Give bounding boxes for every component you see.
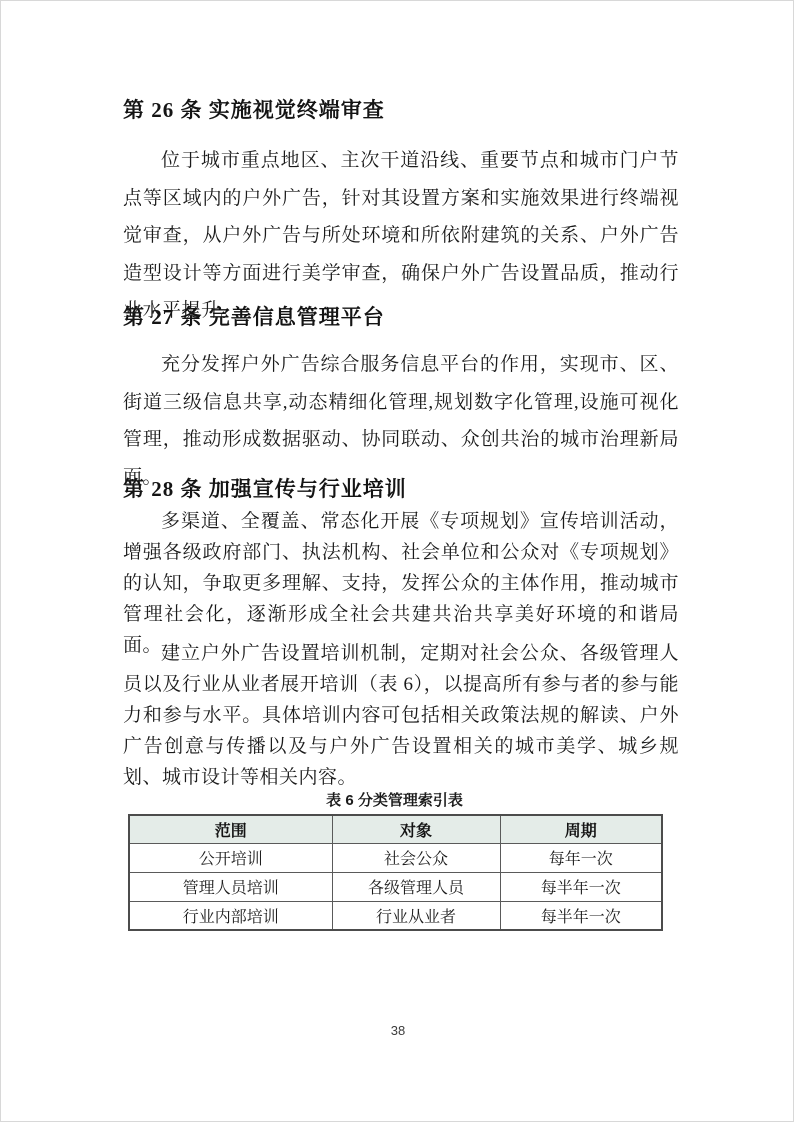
table-caption: 表 6 分类管理索引表 bbox=[128, 789, 661, 810]
table-row: 公开培训 社会公众 每年一次 bbox=[129, 843, 662, 872]
classification-index-table: 范围 对象 周期 公开培训 社会公众 每年一次 管理人员培训 各级管理人员 每半… bbox=[128, 814, 663, 931]
table-header-target: 对象 bbox=[332, 815, 500, 843]
table-cell-target: 社会公众 bbox=[332, 843, 500, 872]
table-cell-scope: 行业内部培训 bbox=[129, 901, 332, 930]
table-cell-scope: 公开培训 bbox=[129, 843, 332, 872]
table-row: 行业内部培训 行业从业者 每半年一次 bbox=[129, 901, 662, 930]
table-row: 管理人员培训 各级管理人员 每半年一次 bbox=[129, 872, 662, 901]
table-header-cycle: 周期 bbox=[500, 815, 662, 843]
heading-article-28: 第 28 条 加强宣传与行业培训 bbox=[123, 473, 679, 503]
page-number: 38 bbox=[1, 1023, 794, 1038]
table-cell-scope: 管理人员培训 bbox=[129, 872, 332, 901]
table-cell-cycle: 每半年一次 bbox=[500, 872, 662, 901]
table-cell-cycle: 每半年一次 bbox=[500, 901, 662, 930]
table-header-scope: 范围 bbox=[129, 815, 332, 843]
table-cell-target: 行业从业者 bbox=[332, 901, 500, 930]
paragraph-article-28-second: 建立户外广告设置培训机制，定期对社会公众、各级管理人员以及行业从业者展开培训（表… bbox=[123, 638, 679, 793]
table-header-row: 范围 对象 周期 bbox=[129, 815, 662, 843]
table-cell-target: 各级管理人员 bbox=[332, 872, 500, 901]
table-cell-cycle: 每年一次 bbox=[500, 843, 662, 872]
heading-article-27: 第 27 条 完善信息管理平台 bbox=[123, 301, 679, 331]
heading-article-26: 第 26 条 实施视觉终端审查 bbox=[123, 94, 679, 124]
document-page: 第 26 条 实施视觉终端审查 位于城市重点地区、主次干道沿线、重要节点和城市门… bbox=[0, 0, 794, 1122]
